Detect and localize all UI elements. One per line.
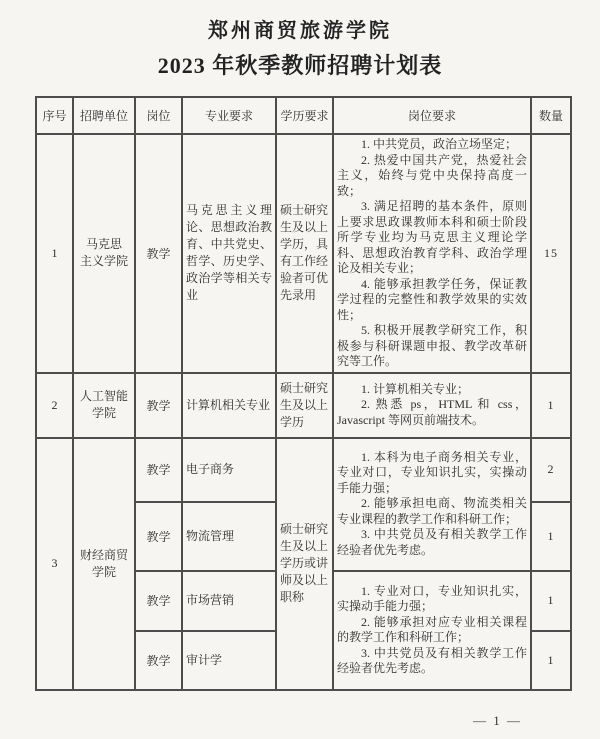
header-cell-post: 岗位 [135, 97, 182, 134]
cell-major: 马克思主义理论、思想政治教育、中共党史、哲学、历史学、政治学等相关专业 [182, 134, 276, 373]
cell-major: 市场营销 [182, 571, 276, 631]
header-cell-unit: 招聘单位 [73, 97, 135, 134]
cell-major: 物流管理 [182, 502, 276, 571]
header-cell-requirements: 岗位要求 [333, 97, 531, 134]
requirement-item: 1. 中共党员，政治立场坚定； [337, 137, 527, 153]
cell-degree: 硕士研究生及以上学历，具有工作经验者可优先录用 [276, 134, 333, 373]
cell-major: 计算机相关专业 [182, 373, 276, 438]
recruitment-table: 序号 招聘单位 岗位 专业要求 学历要求 岗位要求 数量 1 马克思 主义学院 … [35, 96, 572, 691]
cell-degree: 硕士研究生及以上学历 [276, 373, 333, 438]
cell-count: 1 [531, 571, 571, 631]
cell-count: 1 [531, 502, 571, 571]
doc-title-line1: 郑州商贸旅游学院 [0, 14, 600, 43]
cell-count: 1 [531, 373, 571, 438]
cell-no: 3 [36, 438, 73, 690]
requirement-item: 2. 能够承担对应专业相关课程的教学工作和科研工作； [337, 615, 527, 646]
requirement-item: 2. 热爱中国共产党，热爱社会主义，始终与党中央保持高度一致； [337, 153, 527, 200]
table-row-ai: 2 人工智能 学院 教学 计算机相关专业 硕士研究生及以上学历 1. 计算机相关… [36, 373, 571, 438]
cell-post: 教学 [135, 571, 182, 631]
cell-no: 2 [36, 373, 73, 438]
cell-post: 教学 [135, 631, 182, 690]
requirement-item: 2. 熟悉 ps，HTML 和 css，Javascript 等网页前端技术。 [337, 397, 527, 428]
header-cell-no: 序号 [36, 97, 73, 134]
cell-post: 教学 [135, 438, 182, 502]
requirement-item: 3. 满足招聘的基本条件，原则上要求思政课教师本科和硕士阶段所学专业均为马克思主… [337, 199, 527, 277]
requirement-item: 1. 专业对口，专业知识扎实，实操动手能力强； [337, 584, 527, 615]
table-row-finance-ecommerce: 3 财经商贸 学院 教学 电子商务 硕士研究生及以上学历或讲师及以上职称 1. … [36, 438, 571, 502]
cell-requirements: 1. 本科为电子商务相关专业，专业对口，专业知识扎实，实操动手能力强； 2. 能… [333, 438, 531, 571]
doc-title-line2: 2023 年秋季教师招聘计划表 [0, 49, 600, 80]
header-cell-major: 专业要求 [182, 97, 276, 134]
requirement-item: 3. 中共党员及有相关教学工作经验者优先考虑。 [337, 646, 527, 677]
cell-major: 审计学 [182, 631, 276, 690]
cell-unit: 财经商贸 学院 [73, 438, 135, 690]
document-header: 郑州商贸旅游学院 2023 年秋季教师招聘计划表 [0, 0, 600, 80]
requirement-item: 1. 计算机相关专业； [337, 382, 527, 398]
table-row-marxism: 1 马克思 主义学院 教学 马克思主义理论、思想政治教育、中共党史、哲学、历史学… [36, 134, 571, 373]
cell-count: 15 [531, 134, 571, 373]
cell-post: 教学 [135, 373, 182, 438]
table-header-row: 序号 招聘单位 岗位 专业要求 学历要求 岗位要求 数量 [36, 97, 571, 134]
cell-no: 1 [36, 134, 73, 373]
requirement-item: 2. 能够承担电商、物流类相关专业课程的教学工作和科研工作； [337, 496, 527, 527]
cell-requirements: 1. 计算机相关专业； 2. 熟悉 ps，HTML 和 css，Javascri… [333, 373, 531, 438]
cell-degree: 硕士研究生及以上学历或讲师及以上职称 [276, 438, 333, 690]
cell-major: 电子商务 [182, 438, 276, 502]
cell-count: 1 [531, 631, 571, 690]
cell-unit: 马克思 主义学院 [73, 134, 135, 373]
header-cell-count: 数量 [531, 97, 571, 134]
cell-requirements: 1. 专业对口，专业知识扎实，实操动手能力强； 2. 能够承担对应专业相关课程的… [333, 571, 531, 690]
requirement-item: 4. 能够承担教学任务，保证教学过程的完整性和教学效果的实效性； [337, 277, 527, 324]
cell-post: 教学 [135, 502, 182, 571]
header-cell-degree: 学历要求 [276, 97, 333, 134]
requirement-item: 1. 本科为电子商务相关专业，专业对口，专业知识扎实，实操动手能力强； [337, 450, 527, 497]
page-number: — 1 — [35, 713, 570, 729]
requirement-item: 5. 积极开展教学研究工作，积极参与科研课题申报、教学改革研究等工作。 [337, 323, 527, 370]
cell-post: 教学 [135, 134, 182, 373]
cell-requirements: 1. 中共党员，政治立场坚定； 2. 热爱中国共产党，热爱社会主义，始终与党中央… [333, 134, 531, 373]
cell-count: 2 [531, 438, 571, 502]
requirement-item: 3. 中共党员及有相关教学工作经验者优先考虑。 [337, 527, 527, 558]
cell-unit: 人工智能 学院 [73, 373, 135, 438]
document-page: 郑州商贸旅游学院 2023 年秋季教师招聘计划表 序号 招聘单位 岗位 专业要求… [0, 0, 600, 729]
